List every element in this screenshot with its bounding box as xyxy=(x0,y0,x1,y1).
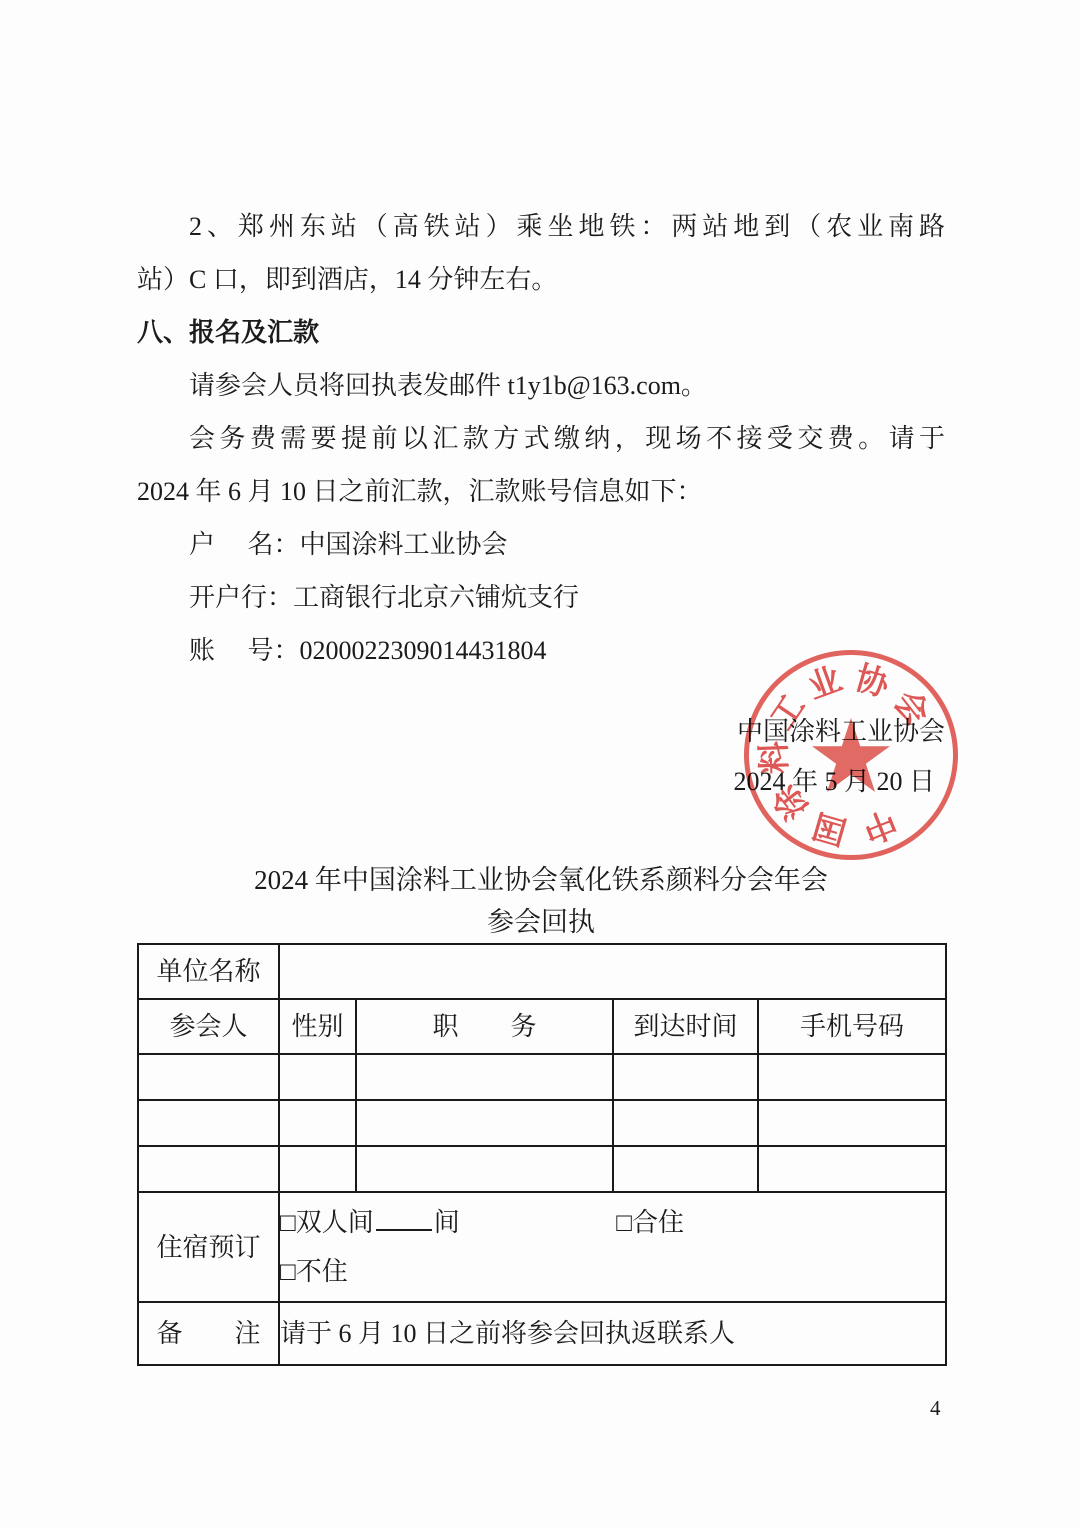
accommodation-option-line-2: □不住 xyxy=(280,1255,945,1289)
double-room-unit-label: 间 xyxy=(434,1208,460,1237)
email-instruction-line: 请参会人员将回执表发邮件 t1y1b@163.com。 xyxy=(137,359,945,412)
position-input-cell[interactable] xyxy=(356,1100,613,1146)
unit-name-input-cell[interactable] xyxy=(279,944,946,999)
page-number: 4 xyxy=(930,1396,941,1421)
position-input-cell[interactable] xyxy=(356,1146,613,1192)
document-page: 2、郑州东站（高铁站）乘坐地铁：两站地到（农业南路 站）C 口，即到酒店，14 … xyxy=(0,0,1080,1527)
accommodation-label: 住宿预订 xyxy=(138,1192,279,1302)
arrival-input-cell[interactable] xyxy=(613,1100,758,1146)
bank-line: 开户行：工商银行北京六铺炕支行 xyxy=(137,571,945,624)
metro-directions-line-2: 站）C 口，即到酒店，14 分钟左右。 xyxy=(137,253,945,306)
reply-form-title: 2024 年中国涂料工业协会氧化铁系颜料分会年会 xyxy=(137,859,945,901)
attendee-input-cell[interactable] xyxy=(138,1146,279,1192)
checkbox-share-room[interactable]: □合住 xyxy=(616,1208,684,1237)
position-label: 职 务 xyxy=(356,999,613,1054)
unit-name-label: 单位名称 xyxy=(138,944,279,999)
remark-row: 备 注 请于 6 月 10 日之前将参会回执返联系人 xyxy=(138,1302,946,1365)
position-input-cell[interactable] xyxy=(356,1054,613,1100)
gender-input-cell[interactable] xyxy=(279,1054,356,1100)
remark-label: 备 注 xyxy=(138,1302,279,1365)
double-room-option-label: □双人间 xyxy=(280,1208,374,1237)
signature-block: 中国涂料工业协会 2024 年 5 月 20 日 xyxy=(137,707,945,807)
remark-text: 请于 6 月 10 日之前将参会回执返联系人 xyxy=(279,1302,946,1365)
payment-instruction-line-2: 2024 年 6 月 10 日之前汇款，汇款账号信息如下： xyxy=(137,465,945,518)
accommodation-option-line-1: □双人间间 □合住 xyxy=(280,1206,945,1240)
arrival-input-cell[interactable] xyxy=(613,1146,758,1192)
phone-label: 手机号码 xyxy=(758,999,946,1054)
accommodation-row: 住宿预订 □双人间间 □合住 □不住 xyxy=(138,1192,946,1302)
signature-date: 2024 年 5 月 20 日 xyxy=(137,757,945,807)
attendee-label: 参会人 xyxy=(138,999,279,1054)
attendee-row-3 xyxy=(138,1146,946,1192)
section-heading-registration: 八、报名及汇款 xyxy=(137,306,945,359)
account-number-line: 账 号：0200022309014431804 xyxy=(137,624,945,677)
phone-input-cell[interactable] xyxy=(758,1146,946,1192)
accommodation-options-cell: □双人间间 □合住 □不住 xyxy=(279,1192,946,1302)
reply-form-subtitle: 参会回执 xyxy=(137,901,945,943)
account-name-line: 户 名：中国涂料工业协会 xyxy=(137,518,945,571)
checkbox-double-room[interactable]: □双人间间 xyxy=(280,1208,460,1237)
attendee-row-2 xyxy=(138,1100,946,1146)
metro-directions-line-1: 2、郑州东站（高铁站）乘坐地铁：两站地到（农业南路 xyxy=(137,200,945,253)
document-body: 2、郑州东站（高铁站）乘坐地铁：两站地到（农业南路 站）C 口，即到酒店，14 … xyxy=(137,0,945,1366)
payment-instruction-line-1: 会务费需要提前以汇款方式缴纳，现场不接受交费。请于 xyxy=(137,412,945,465)
attendee-input-cell[interactable] xyxy=(138,1054,279,1100)
signature-organization: 中国涂料工业协会 xyxy=(137,707,945,757)
attendee-header-row: 参会人 性别 职 务 到达时间 手机号码 xyxy=(138,999,946,1054)
gender-input-cell[interactable] xyxy=(279,1100,356,1146)
attendee-row-1 xyxy=(138,1054,946,1100)
gender-label: 性别 xyxy=(279,999,356,1054)
reply-form-table: 单位名称 参会人 性别 职 务 到达时间 手机号码 xyxy=(137,943,947,1366)
attendee-input-cell[interactable] xyxy=(138,1100,279,1146)
checkbox-no-room[interactable]: □不住 xyxy=(280,1257,348,1286)
arrival-time-label: 到达时间 xyxy=(613,999,758,1054)
arrival-input-cell[interactable] xyxy=(613,1054,758,1100)
double-room-count-blank[interactable] xyxy=(376,1224,432,1231)
gender-input-cell[interactable] xyxy=(279,1146,356,1192)
unit-name-row: 单位名称 xyxy=(138,944,946,999)
phone-input-cell[interactable] xyxy=(758,1054,946,1100)
phone-input-cell[interactable] xyxy=(758,1100,946,1146)
